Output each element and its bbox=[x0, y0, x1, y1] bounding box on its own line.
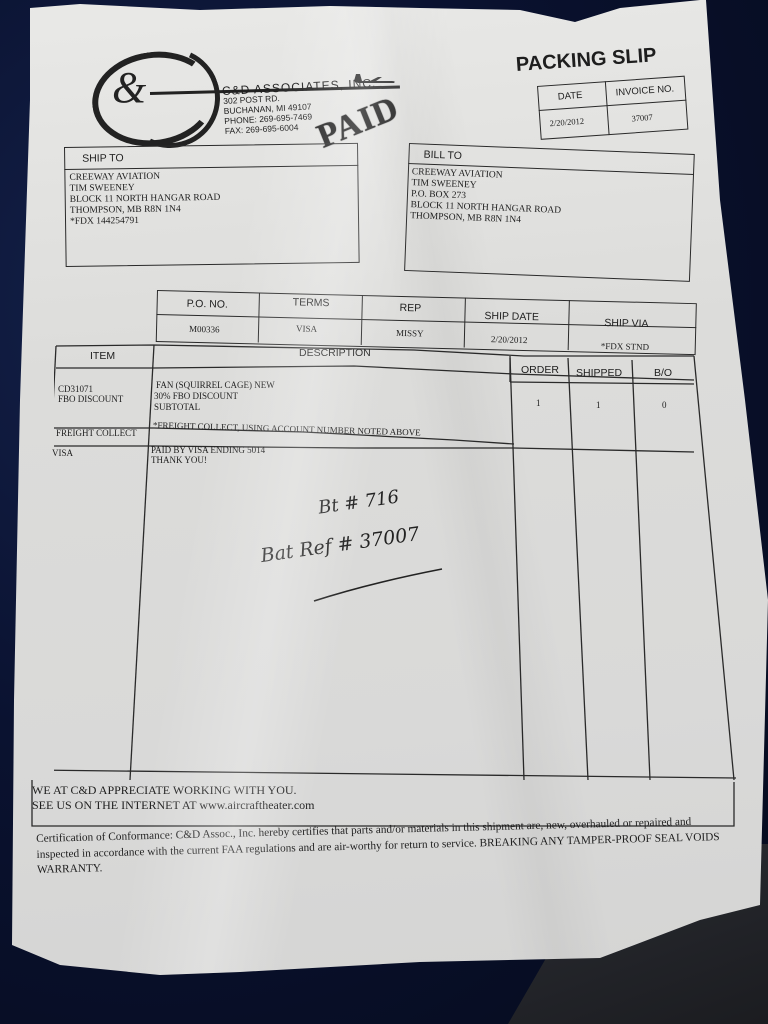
document-title: PACKING SLIP bbox=[515, 44, 657, 77]
ship-to-address: CREEWAY AVIATION TIM SWEENEY BLOCK 11 NO… bbox=[69, 171, 220, 228]
column-header-bo: B/O bbox=[654, 367, 672, 379]
bill-to-address: CREEWAY AVIATION TIM SWEENEY P.O. BOX 27… bbox=[410, 167, 563, 228]
item-description: PAID BY VISA ENDING 5014 bbox=[151, 445, 265, 455]
item-code: FBO DISCOUNT bbox=[58, 394, 123, 404]
ship-to-box: SHIP TO CREEWAY AVIATION TIM SWEENEY BLO… bbox=[64, 143, 360, 267]
backorder-qty: 0 bbox=[662, 400, 667, 410]
bill-to-label: BILL TO bbox=[423, 149, 462, 162]
company-address: 302 POST RD. BUCHANAN, MI 49107 PHONE: 2… bbox=[223, 91, 313, 136]
footer-message: WE AT C&D APPRECIATE WORKING WITH YOU. S… bbox=[32, 783, 315, 813]
footer-line1: WE AT C&D APPRECIATE WORKING WITH YOU. bbox=[32, 783, 315, 798]
item-code: VISA bbox=[52, 448, 73, 458]
ship-to-label: SHIP TO bbox=[82, 152, 124, 165]
item-code: FREIGHT COLLECT bbox=[56, 428, 137, 438]
footer-website-line: SEE US ON THE INTERNET AT www.aircrafthe… bbox=[32, 798, 315, 813]
column-header-item: ITEM bbox=[90, 350, 115, 362]
order-qty: 1 bbox=[536, 398, 541, 408]
ship-via-label: SHIP VIA bbox=[604, 317, 648, 330]
date-label: DATE bbox=[557, 90, 582, 103]
ship-date-label: SHIP DATE bbox=[484, 310, 539, 323]
item-description: FAN (SQUIRREL CAGE) NEW bbox=[156, 380, 275, 390]
company-logo: & bbox=[112, 62, 146, 113]
rep-value: MISSY bbox=[396, 328, 424, 339]
invoice-number: 37007 bbox=[631, 112, 653, 123]
bill-to-box: BILL TO CREEWAY AVIATION TIM SWEENEY P.O… bbox=[404, 143, 695, 288]
item-description: THANK YOU! bbox=[151, 455, 207, 465]
terms-label: TERMS bbox=[293, 296, 330, 309]
items-table: ITEM DESCRIPTION ORDER SHIPPED B/O CD310… bbox=[54, 342, 734, 782]
item-description: 30% FBO DISCOUNT bbox=[154, 391, 238, 401]
column-header-order: ORDER bbox=[521, 364, 559, 376]
po-number: M00336 bbox=[189, 324, 220, 335]
column-header-description: DESCRIPTION bbox=[299, 347, 371, 359]
terms-value: VISA bbox=[296, 323, 317, 334]
column-header-shipped: SHIPPED bbox=[576, 367, 622, 379]
po-label: P.O. NO. bbox=[187, 298, 229, 311]
rep-label: REP bbox=[399, 302, 421, 315]
date-invoice-table: DATE INVOICE NO. 2/20/2012 37007 bbox=[537, 76, 688, 140]
item-code: CD31071 bbox=[58, 384, 93, 394]
shipped-qty: 1 bbox=[596, 400, 601, 410]
item-description: SUBTOTAL bbox=[154, 402, 200, 412]
handwritten-underline bbox=[310, 565, 450, 605]
ship-to-line: *FDX 144254791 bbox=[70, 215, 221, 228]
packing-slip-paper: & C&D ASSOCIATES, INC. 302 POST RD. BUCH… bbox=[0, 0, 768, 1024]
